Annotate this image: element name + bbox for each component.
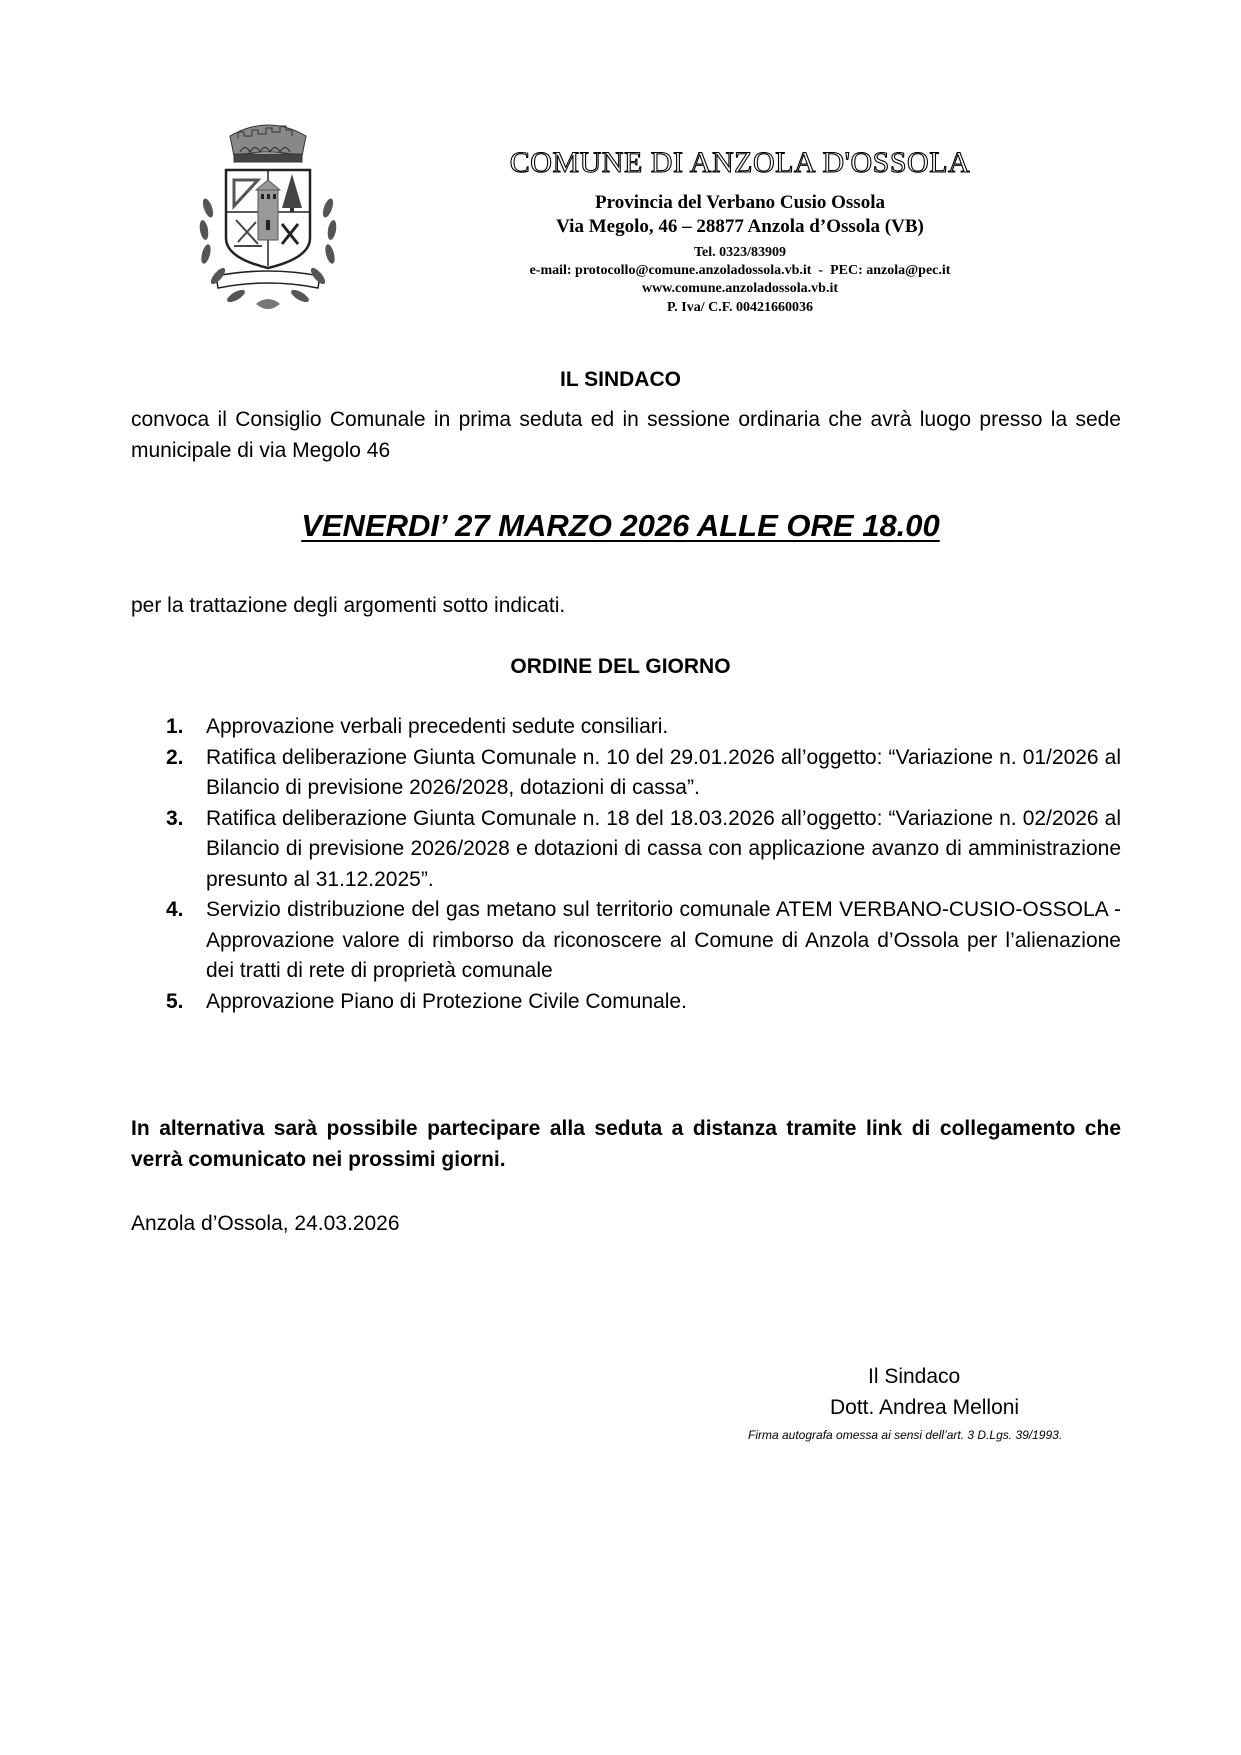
agenda-item-number: 5. xyxy=(166,987,184,1018)
place-and-date: Anzola d’Ossola, 24.03.2026 xyxy=(131,1212,400,1236)
agenda-item-number: 4. xyxy=(166,895,184,926)
meeting-date-heading: VENERDI’ 27 MARZO 2026 ALLE ORE 18.00 xyxy=(0,508,1241,544)
agenda-list: 1.Approvazione verbali precedenti sedute… xyxy=(166,712,1121,1017)
crest-icon xyxy=(188,108,348,320)
address: Via Megolo, 46 – 28877 Anzola d’Ossola (… xyxy=(440,216,1040,238)
telephone: Tel. 0323/83909 xyxy=(440,245,1040,261)
agenda-item: 3.Ratifica deliberazione Giunta Comunale… xyxy=(166,804,1121,896)
website: www.comune.anzoladossola.vb.it xyxy=(440,281,1040,297)
remote-participation-notice: In alternativa sarà possibile partecipar… xyxy=(131,1113,1121,1175)
province: Provincia del Verbano Cusio Ossola xyxy=(440,192,1040,214)
email-line: e-mail: protocollo@comune.anzoladossola.… xyxy=(440,263,1040,279)
vat-number: P. Iva/ C.F. 00421660036 xyxy=(440,300,1040,316)
signature-note: Firma autografa omessa ai sensi dell’art… xyxy=(748,1428,1062,1442)
mayor-heading: IL SINDACO xyxy=(0,368,1241,392)
purpose-text: per la trattazione degli argomenti sotto… xyxy=(131,590,565,621)
agenda-item-number: 1. xyxy=(166,712,184,743)
intro-paragraph: convoca il Consiglio Comunale in prima s… xyxy=(131,404,1121,466)
agenda-item: 1.Approvazione verbali precedenti sedute… xyxy=(166,712,1121,743)
agenda-item-text: Approvazione Piano di Protezione Civile … xyxy=(206,990,687,1013)
agenda-item-number: 2. xyxy=(166,743,184,774)
agenda-item-text: Approvazione verbali precedenti sedute c… xyxy=(206,715,668,738)
agenda-item: 2.Ratifica deliberazione Giunta Comunale… xyxy=(166,743,1121,804)
agenda-item: 5.Approvazione Piano di Protezione Civil… xyxy=(166,987,1121,1018)
signature-role: Il Sindaco xyxy=(868,1365,960,1389)
town-name: COMUNE DI ANZOLA D'OSSOLA xyxy=(440,146,1040,180)
agenda-item-text: Servizio distribuzione del gas metano su… xyxy=(206,898,1121,982)
agenda-item-number: 3. xyxy=(166,804,184,835)
agenda-title: ORDINE DEL GIORNO xyxy=(0,655,1241,679)
agenda-item-text: Ratifica deliberazione Giunta Comunale n… xyxy=(206,746,1121,800)
agenda-item: 4.Servizio distribuzione del gas metano … xyxy=(166,895,1121,987)
agenda-item-text: Ratifica deliberazione Giunta Comunale n… xyxy=(206,807,1121,891)
signature-name: Dott. Andrea Melloni xyxy=(830,1396,1019,1420)
